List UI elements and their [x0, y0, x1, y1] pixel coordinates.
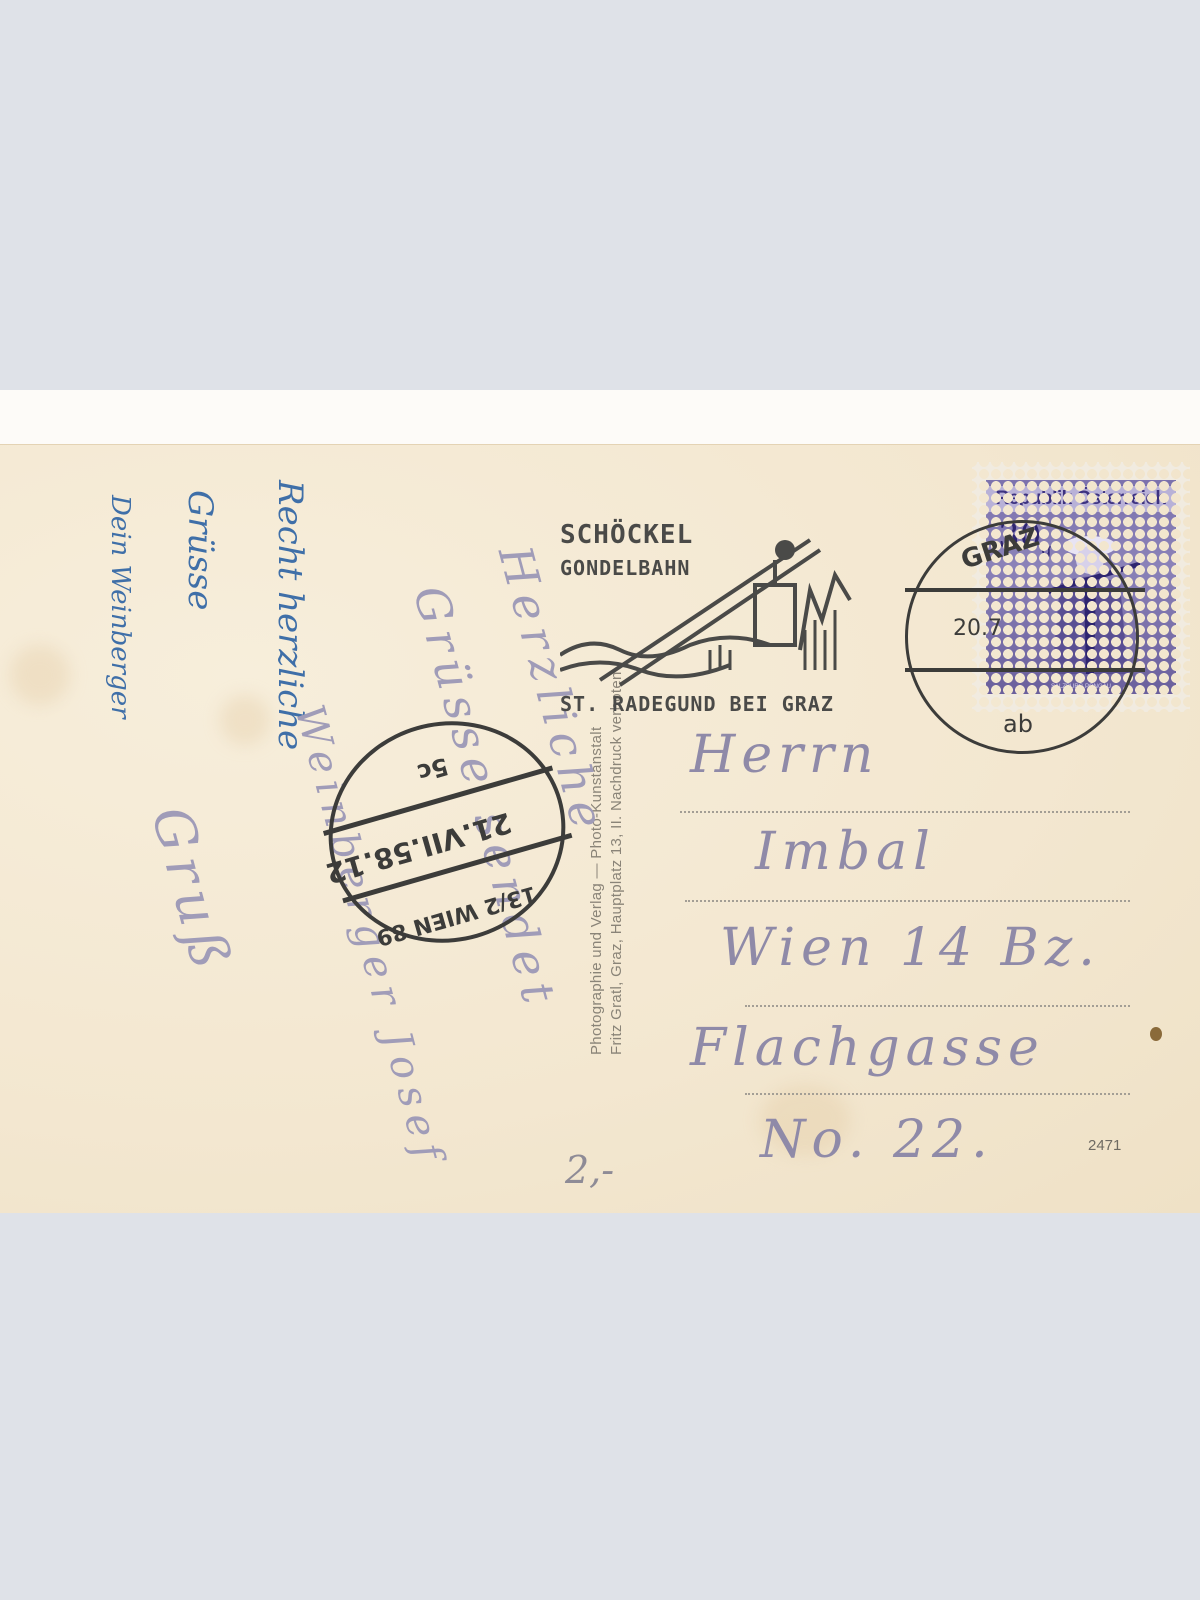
blue-message-line-2: Grüsse: [180, 490, 220, 610]
address-city: Wien 14 Bz.: [720, 918, 1101, 978]
graz-postmark-date: 20.7: [953, 616, 1002, 641]
stamp-country: Republik Österreich: [986, 486, 1176, 512]
postmark-bar: [905, 668, 1145, 672]
slogan-line-3: ST. RADEGUND BEI GRAZ: [560, 692, 834, 716]
address-line: [745, 1005, 1130, 1007]
publisher-imprint: Photographie und Verlag — Photo-Kunstans…: [587, 671, 627, 1055]
graz-postmark: GRAZ 20.7 ab: [905, 520, 1145, 760]
address-street: Flachgasse: [690, 1018, 1045, 1078]
address-number: No. 22.: [760, 1110, 994, 1170]
stain: [220, 695, 270, 745]
slogan-cancel: SCHÖCKEL GONDELBAHN ST. RADEGUND BEI GRA…: [560, 520, 860, 720]
address-name: Imbal: [755, 822, 936, 882]
imprint-line-2: Fritz Gratl, Graz, Hauptplatz 13, II. Na…: [607, 671, 627, 1055]
ink-spot: [1150, 1027, 1162, 1041]
address-recipient: Herrn: [690, 725, 879, 785]
serial-number: 2471: [1088, 1137, 1121, 1154]
address-line: [680, 811, 1130, 813]
postmark-bar: [905, 588, 1145, 592]
blue-message-line-3: Dein Weinberger: [105, 495, 135, 719]
gondola-illustration: [560, 520, 860, 695]
address-line: [685, 900, 1130, 902]
address-line: [745, 1093, 1130, 1095]
stain: [10, 645, 70, 705]
price-note: 2,-: [565, 1148, 614, 1192]
graz-postmark-suffix: ab: [1003, 710, 1033, 738]
